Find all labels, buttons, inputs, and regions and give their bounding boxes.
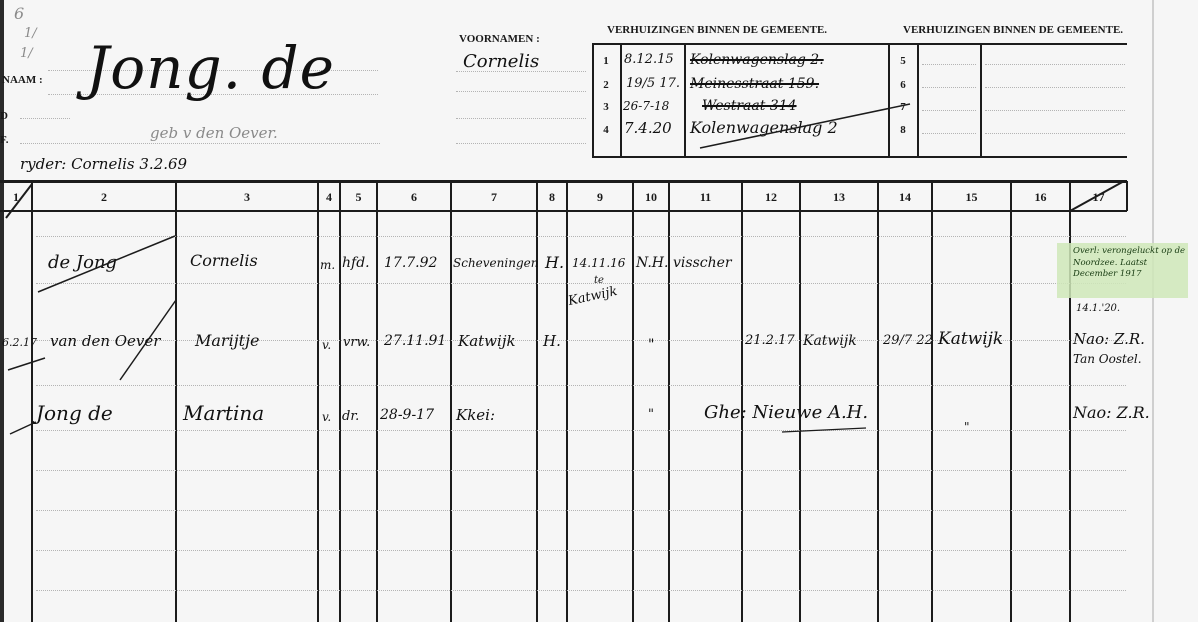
cell-c17-extra: Tan Oostel. — [1073, 350, 1142, 368]
cell-surname: van den Oever — [50, 332, 160, 350]
cell-first-names: Marijtje — [195, 332, 260, 350]
cell-c14: " — [964, 418, 970, 436]
cell-c15: Katwijk — [938, 330, 1003, 348]
cell-c1: 6.2.17 — [2, 334, 37, 352]
cell-c14: 29/7 22 — [883, 332, 933, 350]
cell-religion: H. — [543, 332, 561, 350]
cell-sex: v. — [322, 336, 331, 354]
cell-c13: Katwijk — [803, 332, 857, 350]
death-note: Overl: verongeluckt op de Noordzee. Laat… — [1073, 246, 1188, 281]
cell-c17-note: Nao: Z.R. — [1073, 404, 1150, 422]
cell-relation: dr. — [342, 408, 359, 426]
cell-birth-date: 27.11.91 — [384, 332, 446, 350]
cell-sex: v. — [322, 408, 331, 426]
cell-birth-place: Kkei: — [456, 406, 495, 424]
cell-birth-date: 28-9-17 — [380, 406, 434, 424]
cell-c17-note: Nao: Z.R. — [1073, 330, 1145, 348]
cell-birth-place: Katwijk — [458, 332, 516, 350]
cell-occupation: Ghe: Nieuwe A.H. — [704, 404, 868, 422]
cell-c10: " — [648, 336, 654, 354]
cell-first-names: Martina — [183, 404, 264, 422]
cell-c12: 21.2.17 — [745, 332, 795, 350]
strike-lines — [0, 0, 1198, 622]
cell-c10: " — [648, 406, 654, 424]
cell-relation: vrw. — [343, 334, 370, 352]
cell-surname: Jong de — [36, 404, 113, 422]
